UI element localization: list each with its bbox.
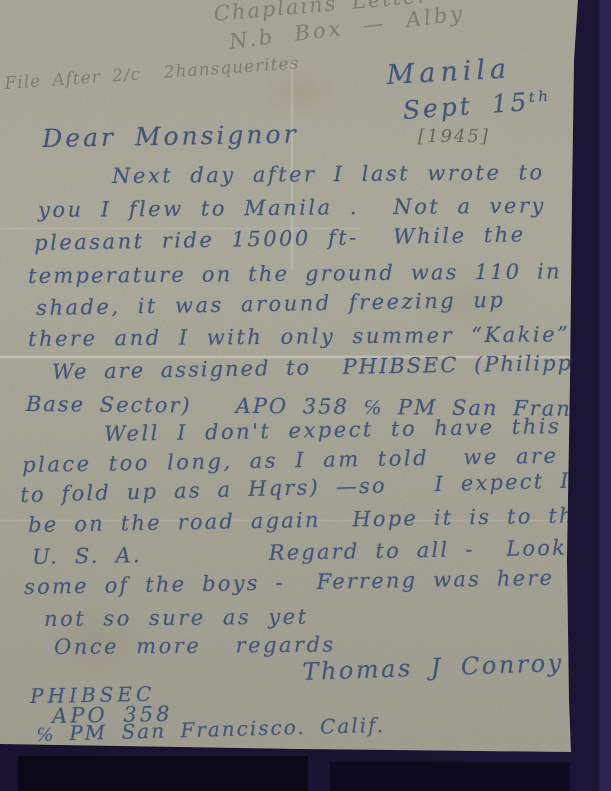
body-line: be on the road again Hope it is to the [28, 505, 590, 536]
pencil-year: [1945] [418, 128, 490, 146]
body-line: Well I don't expect to have this [104, 416, 561, 445]
body-line: not so sure as yet [44, 607, 309, 630]
scanned-letter-view: Chaplains LetterN.b Box — AlbyFile After… [0, 0, 611, 791]
body-line: shade, it was around freezing up [36, 290, 506, 319]
scanner-shadow [18, 756, 308, 791]
pencil-file-note: File After 2/c 2hansquerites [4, 55, 300, 93]
dateline-date: Sept 15ᵗʰ [402, 88, 553, 123]
letter-paper: Chaplains LetterN.b Box — AlbyFile After… [0, 0, 611, 791]
body-line: there and I with only summer “Kakie”. [28, 324, 580, 350]
signature: Thomas J Conroy [302, 651, 564, 684]
body-line: Next day after I last wrote to [112, 162, 545, 187]
body-line: We are assigned to PHIBSEC (Philippine [52, 352, 611, 383]
body-line: you I flew to Manila . Not a very [38, 196, 546, 221]
body-line: pleasant ride 15000 ft- While the [34, 224, 526, 254]
salutation: Dear Monsignor [42, 122, 299, 151]
body-line: temperature on the ground was 110 in [28, 261, 562, 287]
scanner-shadow [330, 762, 570, 791]
handwriting-layer: Chaplains LetterN.b Box — AlbyFile After… [0, 0, 611, 791]
dateline-place: Manila [386, 55, 512, 88]
body-line: some of the boys - Ferreng was here but [24, 567, 611, 598]
body-line: U. S. A. Regard to all - Looking up [32, 536, 611, 568]
closing-line: Once more regards [54, 635, 336, 658]
